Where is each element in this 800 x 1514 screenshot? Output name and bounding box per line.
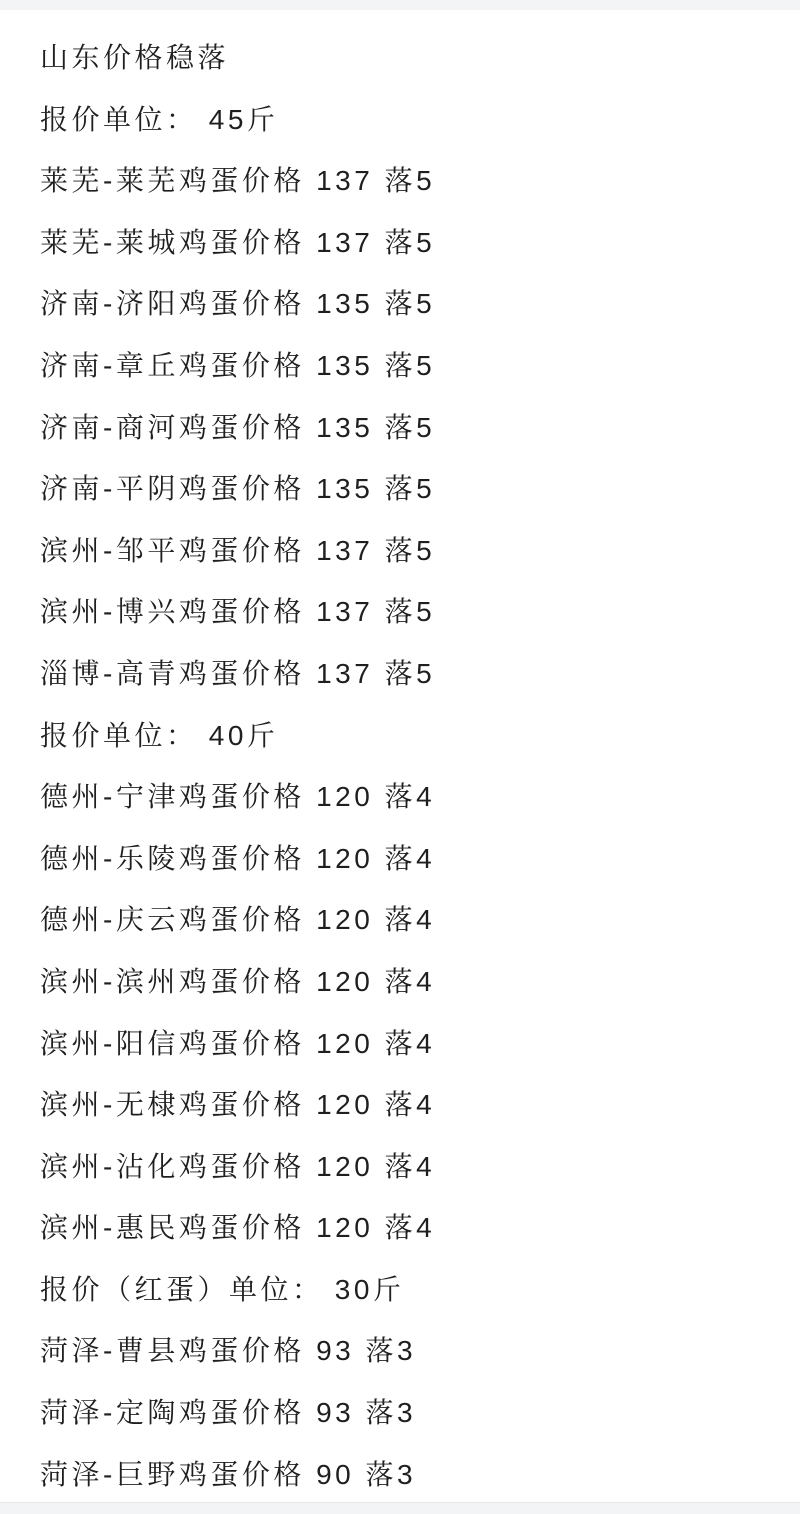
price-line: 莱芜-莱城鸡蛋价格 137 落5 — [40, 212, 770, 274]
price-line: 济南-平阴鸡蛋价格 135 落5 — [40, 458, 770, 520]
price-line: 滨州-博兴鸡蛋价格 137 落5 — [40, 581, 770, 643]
price-line: 滨州-邹平鸡蛋价格 137 落5 — [40, 520, 770, 582]
price-line: 莱芜-莱芜鸡蛋价格 137 落5 — [40, 150, 770, 212]
price-line: 德州-庆云鸡蛋价格 120 落4 — [40, 889, 770, 951]
page-gutter-top — [0, 0, 800, 10]
unit-header-30jin-red-egg: 报价（红蛋）单位： 30斤 — [40, 1259, 770, 1321]
price-line: 德州-乐陵鸡蛋价格 120 落4 — [40, 828, 770, 890]
article-body: 山东价格稳落 报价单位： 45斤 莱芜-莱芜鸡蛋价格 137 落5 莱芜-莱城鸡… — [0, 10, 800, 1503]
unit-header-40jin: 报价单位： 40斤 — [40, 705, 770, 767]
price-line: 淄博-高青鸡蛋价格 137 落5 — [40, 643, 770, 705]
price-line: 德州-宁津鸡蛋价格 120 落4 — [40, 766, 770, 828]
price-line: 菏泽-定陶鸡蛋价格 93 落3 — [40, 1382, 770, 1444]
price-line: 滨州-沾化鸡蛋价格 120 落4 — [40, 1136, 770, 1198]
price-line: 滨州-滨州鸡蛋价格 120 落4 — [40, 951, 770, 1013]
price-line: 菏泽-曹县鸡蛋价格 93 落3 — [40, 1320, 770, 1382]
price-line: 济南-济阳鸡蛋价格 135 落5 — [40, 273, 770, 335]
price-line: 滨州-无棣鸡蛋价格 120 落4 — [40, 1074, 770, 1136]
page-gutter-bottom — [0, 1502, 800, 1514]
price-line: 滨州-惠民鸡蛋价格 120 落4 — [40, 1197, 770, 1259]
price-line: 济南-商河鸡蛋价格 135 落5 — [40, 397, 770, 459]
report-title: 山东价格稳落 — [40, 27, 770, 89]
unit-header-45jin: 报价单位： 45斤 — [40, 89, 770, 151]
price-line: 济南-章丘鸡蛋价格 135 落5 — [40, 335, 770, 397]
price-line: 滨州-阳信鸡蛋价格 120 落4 — [40, 1013, 770, 1075]
price-line: 菏泽-巨野鸡蛋价格 90 落3 — [40, 1444, 770, 1503]
